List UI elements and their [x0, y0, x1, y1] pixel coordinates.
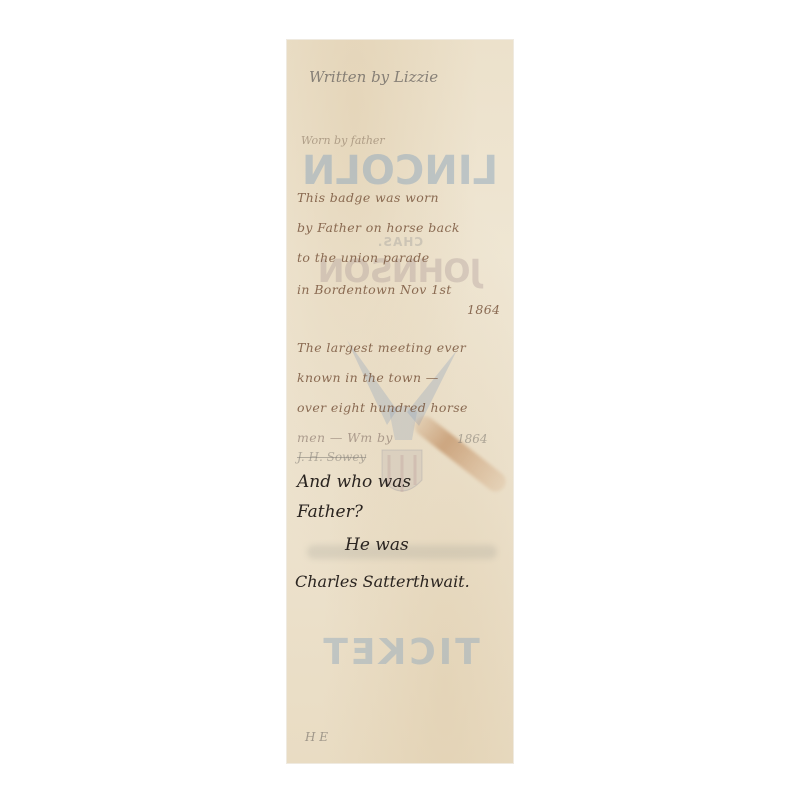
dark-ink-line-1: And who was — [297, 472, 411, 492]
footer-initials: H E — [305, 730, 328, 744]
ink-line-3: to the union parade — [297, 250, 430, 265]
dark-ink-line-2: Father? — [297, 502, 363, 522]
dark-ink-line-4: Charles Satterthwait. — [295, 572, 470, 591]
ink-line-5: 1864 — [467, 302, 500, 317]
ink-line-6: The largest meeting ever — [297, 340, 466, 355]
pencil-header: Written by Lizzie — [309, 68, 438, 86]
ink-line-2: by Father on horse back — [297, 220, 460, 235]
pencil-margin-note: 1864 — [457, 432, 488, 446]
printed-ticket-showthrough: TICKET — [287, 632, 513, 673]
document-paper: LINCOLN CHAS. JOHNSON TICKET Written by … — [287, 40, 513, 763]
dark-ink-line-3: He was — [345, 535, 409, 555]
ink-line-8: over eight hundred horse — [297, 400, 468, 415]
faint-note: Worn by father — [301, 134, 385, 147]
ink-line-1: This badge was worn — [297, 190, 439, 205]
ink-line-9: men — Wm by — [297, 430, 393, 445]
ink-line-7: known in the town — — [297, 370, 439, 385]
printed-chas-showthrough: CHAS. — [287, 235, 513, 249]
printed-lincoln-showthrough: LINCOLN — [287, 148, 513, 194]
struck-line: J. H. Sowey — [297, 450, 366, 464]
ink-line-4: in Bordentown Nov 1st — [297, 282, 452, 297]
